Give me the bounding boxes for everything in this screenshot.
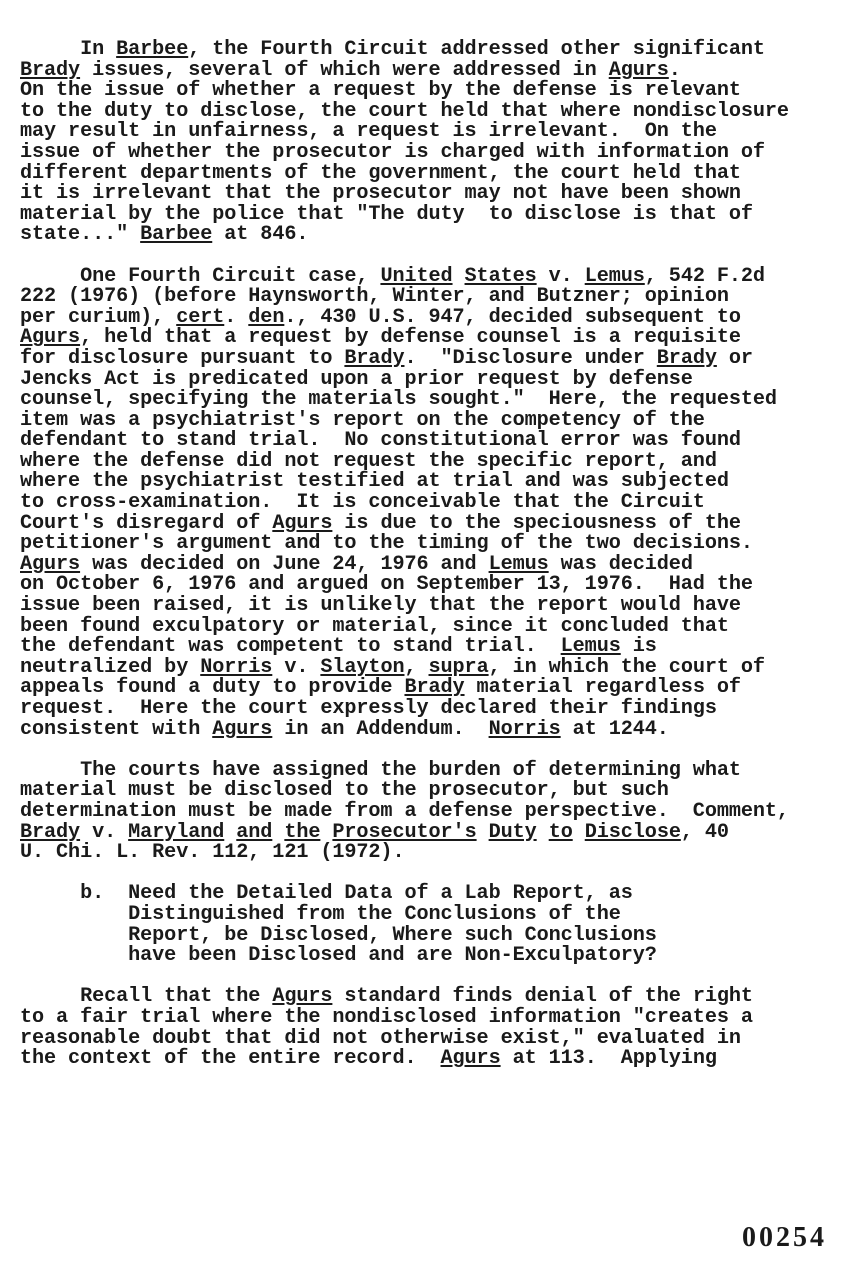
text-run: , 40 — [681, 821, 729, 844]
text-line: state..." Barbee at 846. — [20, 225, 850, 246]
paragraph: The courts have assigned the burden of d… — [20, 761, 850, 864]
text-run: was decided on June 24, 1976 and — [80, 553, 489, 576]
text-run: appeals found a duty to provide — [20, 676, 404, 699]
text-run: request. Here the court expressly declar… — [20, 697, 717, 720]
text-run: . "Disclosure under — [404, 347, 656, 370]
text-line: Recall that the Agurs standard finds den… — [20, 987, 850, 1008]
text-run: , — [404, 656, 428, 679]
text-line: One Fourth Circuit case, United States v… — [20, 267, 850, 288]
text-run: it is irrelevant that the prosecutor may… — [20, 182, 741, 205]
case-citation: Brady — [657, 347, 717, 370]
text-run — [272, 821, 284, 844]
text-run: is due to the speciousness of the — [332, 512, 741, 535]
text-run: in an Addendum. — [272, 718, 488, 741]
text-line: to the duty to disclose, the court held … — [20, 102, 850, 123]
text-run: . — [669, 59, 681, 82]
text-line: per curium), cert. den., 430 U.S. 947, d… — [20, 308, 850, 329]
text-run: consistent with — [20, 718, 212, 741]
text-line: determination must be made from a defens… — [20, 802, 850, 823]
text-run: been found exculpatory or material, sinc… — [20, 615, 729, 638]
text-run: , held that a request by defense counsel… — [80, 326, 741, 349]
text-run: state..." — [20, 223, 140, 246]
text-line: where the defense did not request the sp… — [20, 452, 850, 473]
text-run: , 542 F.2d — [645, 265, 765, 288]
text-run: issue of whether the prosecutor is charg… — [20, 141, 765, 164]
text-run: the defendant was competent to stand tri… — [20, 635, 561, 658]
case-citation: Agurs — [272, 512, 332, 535]
text-line: for disclosure pursuant to Brady. "Discl… — [20, 349, 850, 370]
page-number: 00254 — [742, 1222, 827, 1254]
text-run: reasonable doubt that did not otherwise … — [20, 1027, 741, 1050]
text-line: U. Chi. L. Rev. 112, 121 (1972). — [20, 843, 850, 864]
text-run: for disclosure pursuant to — [20, 347, 344, 370]
case-citation: den — [248, 306, 284, 329]
text-run: item was a psychiatrist's report on the … — [20, 409, 705, 432]
text-run: to the duty to disclose, the court held … — [20, 100, 789, 123]
text-run: where the defense did not request the sp… — [20, 450, 717, 473]
text-run: at 1244. — [561, 718, 669, 741]
case-citation: Prosecutor's — [332, 821, 476, 844]
text-run: is — [621, 635, 657, 658]
case-citation: Agurs — [609, 59, 669, 82]
case-citation: Lemus — [585, 265, 645, 288]
text-line: consistent with Agurs in an Addendum. No… — [20, 720, 850, 741]
paragraph: Recall that the Agurs standard finds den… — [20, 987, 850, 1069]
case-citation: Barbee — [116, 38, 188, 61]
text-line: item was a psychiatrist's report on the … — [20, 411, 850, 432]
text-run: at 113. Applying — [501, 1047, 717, 1070]
case-citation: Brady — [20, 59, 80, 82]
text-line: issue of whether the prosecutor is charg… — [20, 143, 850, 164]
text-run: U. Chi. L. Rev. 112, 121 (1972). — [20, 841, 404, 864]
case-citation: to — [549, 821, 573, 844]
text-run: Court's disregard of — [20, 512, 272, 535]
text-run: issues, several of which were addressed … — [80, 59, 609, 82]
case-citation: Brady — [20, 821, 80, 844]
text-run — [537, 821, 549, 844]
text-run: Distinguished from the Conclusions of th… — [20, 903, 621, 926]
text-run: at 846. — [212, 223, 308, 246]
case-citation: Brady — [344, 347, 404, 370]
text-line: Jencks Act is predicated upon a prior re… — [20, 370, 850, 391]
section-heading: b. Need the Detailed Data of a Lab Repor… — [20, 884, 850, 966]
case-citation: Agurs — [441, 1047, 501, 1070]
text-line: issue been raised, it is unlikely that t… — [20, 596, 850, 617]
case-citation: Lemus — [561, 635, 621, 658]
text-line: to cross-examination. It is conceivable … — [20, 493, 850, 514]
text-line: been found exculpatory or material, sinc… — [20, 617, 850, 638]
text-line: request. Here the court expressly declar… — [20, 699, 850, 720]
text-line: to a fair trial where the nondisclosed i… — [20, 1008, 850, 1029]
text-line: Agurs, held that a request by defense co… — [20, 328, 850, 349]
case-citation: and — [236, 821, 272, 844]
text-line: the defendant was competent to stand tri… — [20, 637, 850, 658]
case-citation: Barbee — [140, 223, 212, 246]
text-run: may result in unfairness, a request is i… — [20, 120, 717, 143]
text-run: was decided — [549, 553, 693, 576]
text-line: 222 (1976) (before Haynsworth, Winter, a… — [20, 287, 850, 308]
text-run — [320, 821, 332, 844]
text-run: the context of the entire record. — [20, 1047, 441, 1070]
case-citation: the — [284, 821, 320, 844]
case-citation: Disclose — [585, 821, 681, 844]
case-citation: States — [465, 265, 537, 288]
case-citation: Norris — [200, 656, 272, 679]
case-citation: United — [380, 265, 452, 288]
paragraph: In Barbee, the Fourth Circuit addressed … — [20, 40, 850, 246]
text-run: material by the police that "The duty to… — [20, 203, 753, 226]
text-line: neutralized by Norris v. Slayton, supra,… — [20, 658, 850, 679]
text-run: Jencks Act is predicated upon a prior re… — [20, 368, 693, 391]
text-run — [453, 265, 465, 288]
text-run: Report, be Disclosed, Where such Conclus… — [20, 924, 657, 947]
text-line: where the psychiatrist testified at tria… — [20, 472, 850, 493]
text-run: per curium), — [20, 306, 176, 329]
text-line: the context of the entire record. Agurs … — [20, 1049, 850, 1070]
text-line: on October 6, 1976 and argued on Septemb… — [20, 575, 850, 596]
text-line: Court's disregard of Agurs is due to the… — [20, 514, 850, 535]
text-line: may result in unfairness, a request is i… — [20, 122, 850, 143]
text-run — [224, 821, 236, 844]
text-run: petitioner's argument and to the timing … — [20, 532, 753, 555]
text-line: it is irrelevant that the prosecutor may… — [20, 184, 850, 205]
text-run: v. — [537, 265, 585, 288]
case-citation: Slayton — [320, 656, 404, 679]
text-line: b. Need the Detailed Data of a Lab Repor… — [20, 884, 850, 905]
text-run: , in which the court of — [489, 656, 765, 679]
case-citation: Duty — [489, 821, 537, 844]
text-run: material regardless of — [465, 676, 741, 699]
text-run: b. Need the Detailed Data of a Lab Repor… — [20, 882, 633, 905]
text-line: Brady v. Maryland and the Prosecutor's D… — [20, 823, 850, 844]
text-line: Distinguished from the Conclusions of th… — [20, 905, 850, 926]
text-run: defendant to stand trial. No constitutio… — [20, 429, 741, 452]
text-line: material by the police that "The duty to… — [20, 205, 850, 226]
text-line: petitioner's argument and to the timing … — [20, 534, 850, 555]
text-run: to cross-examination. It is conceivable … — [20, 491, 705, 514]
case-citation: Agurs — [20, 553, 80, 576]
text-line: Agurs was decided on June 24, 1976 and L… — [20, 555, 850, 576]
case-citation: cert — [176, 306, 224, 329]
text-run: One Fourth Circuit case, — [20, 265, 380, 288]
case-citation: Agurs — [272, 985, 332, 1008]
text-line: material must be disclosed to the prosec… — [20, 781, 850, 802]
case-citation: Maryland — [128, 821, 224, 844]
text-run: to a fair trial where the nondisclosed i… — [20, 1006, 753, 1029]
case-citation: Brady — [404, 676, 464, 699]
text-line: reasonable doubt that did not otherwise … — [20, 1029, 850, 1050]
text-run: The courts have assigned the burden of d… — [20, 759, 741, 782]
text-run — [573, 821, 585, 844]
text-run: counsel, specifying the materials sought… — [20, 388, 777, 411]
text-run: Recall that the — [20, 985, 272, 1008]
text-line: have been Disclosed and are Non-Exculpat… — [20, 946, 850, 967]
text-run: determination must be made from a defens… — [20, 800, 789, 823]
text-run: neutralized by — [20, 656, 200, 679]
case-citation: Norris — [489, 718, 561, 741]
text-run: material must be disclosed to the prosec… — [20, 779, 669, 802]
text-run: In — [20, 38, 116, 61]
text-run: issue been raised, it is unlikely that t… — [20, 594, 741, 617]
case-citation: Lemus — [489, 553, 549, 576]
text-line: In Barbee, the Fourth Circuit addressed … — [20, 40, 850, 61]
paragraph: One Fourth Circuit case, United States v… — [20, 267, 850, 741]
text-line: On the issue of whether a request by the… — [20, 81, 850, 102]
text-line: Brady issues, several of which were addr… — [20, 61, 850, 82]
text-run: standard finds denial of the right — [332, 985, 753, 1008]
document-page: In Barbee, the Fourth Circuit addressed … — [20, 40, 850, 1090]
text-run — [477, 821, 489, 844]
text-line: The courts have assigned the burden of d… — [20, 761, 850, 782]
case-citation: supra — [429, 656, 489, 679]
text-run: v. — [80, 821, 128, 844]
text-run: on October 6, 1976 and argued on Septemb… — [20, 573, 753, 596]
text-run: v. — [272, 656, 320, 679]
text-run: different departments of the government,… — [20, 162, 741, 185]
case-citation: Agurs — [212, 718, 272, 741]
text-run: . — [224, 306, 248, 329]
text-run: On the issue of whether a request by the… — [20, 79, 741, 102]
text-run: ., 430 U.S. 947, decided subsequent to — [284, 306, 741, 329]
text-line: defendant to stand trial. No constitutio… — [20, 431, 850, 452]
text-line: Report, be Disclosed, Where such Conclus… — [20, 926, 850, 947]
text-run: or — [717, 347, 753, 370]
text-line: appeals found a duty to provide Brady ma… — [20, 678, 850, 699]
text-run: where the psychiatrist testified at tria… — [20, 470, 729, 493]
case-citation: Agurs — [20, 326, 80, 349]
text-run: have been Disclosed and are Non-Exculpat… — [20, 944, 657, 967]
text-run: 222 (1976) (before Haynsworth, Winter, a… — [20, 285, 729, 308]
text-line: counsel, specifying the materials sought… — [20, 390, 850, 411]
text-run: , the Fourth Circuit addressed other sig… — [188, 38, 765, 61]
text-line: different departments of the government,… — [20, 164, 850, 185]
